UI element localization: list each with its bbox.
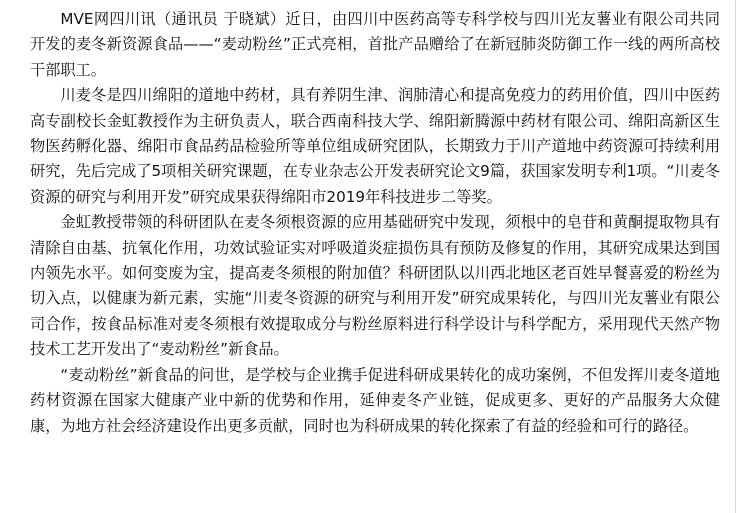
paragraph-conclusion: “麦动粉丝”新食品的问世，是学校与企业携手促进科研成果转化的成功案例，不但发挥川…	[30, 363, 720, 439]
article-body: MVE网四川讯（通讯员 于晓斌）近日，由四川中医药高等专科学校与四川光友薯业有限…	[30, 7, 720, 439]
paragraph-background: 川麦冬是四川绵阳的道地中药材，具有养阴生津、润肺清心和提高免疫力的药用价值，四川…	[30, 83, 720, 210]
page-edge-divider	[735, 0, 736, 513]
paragraph-research: 金虹教授带领的科研团队在麦冬须根资源的应用基础研究中发现，须根中的皂苷和黄酮提取…	[30, 210, 720, 362]
paragraph-intro: MVE网四川讯（通讯员 于晓斌）近日，由四川中医药高等专科学校与四川光友薯业有限…	[30, 7, 720, 83]
